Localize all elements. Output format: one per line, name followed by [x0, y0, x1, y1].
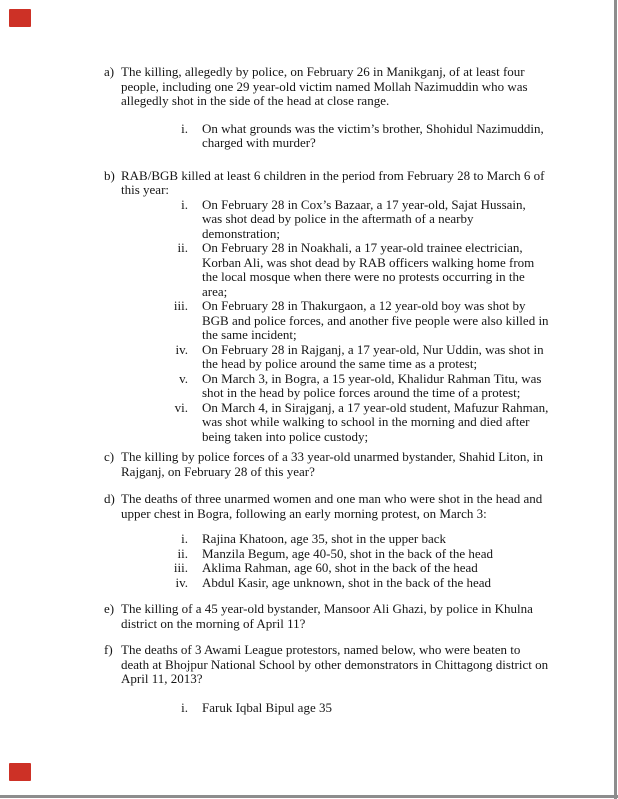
item-label: b) [104, 169, 115, 184]
text-line: RAB/BGB killed at least 6 children in th… [121, 169, 528, 184]
text-line: On February 28 in Rajganj, a 17 year-old… [202, 343, 544, 358]
roman-numeral: ii. [104, 241, 188, 256]
text-line: Aklima Rahman, age 60, shot in the back … [202, 561, 478, 576]
item-label: a) [104, 65, 114, 80]
document-page: a) The killing, allegedly by police, on … [0, 0, 618, 799]
sub-question-list-f: i. Faruk Iqbal Bipul age 35 [104, 701, 528, 716]
text-line: Korban Ali, was shot dead by RAB officer… [202, 256, 534, 271]
question-item-e: e) The killing of a 45 year-old bystande… [104, 602, 528, 631]
sub-question-item: v. On March 3, in Bogra, a 15 year-old, … [104, 372, 528, 401]
text-line: was shot dead by police in the aftermath… [202, 212, 526, 227]
text-line: On February 28 in Noakhali, a 17 year-ol… [202, 241, 534, 256]
text-line: The deaths of 3 Awami League protestors,… [121, 643, 528, 658]
page-right-edge-line [614, 0, 617, 799]
text-line: district on the morning of April 11? [121, 617, 528, 632]
item-label: d) [104, 492, 115, 507]
text-line: Rajganj, on February 28 of this year? [121, 465, 528, 480]
roman-numeral: iii. [104, 561, 188, 576]
sub-question-item: iv. On February 28 in Rajganj, a 17 year… [104, 343, 528, 372]
text-line: Manzila Begum, age 40-50, shot in the ba… [202, 547, 493, 562]
red-stamp-top-left [9, 9, 31, 27]
text-line: The killing, allegedly by police, on Feb… [121, 65, 528, 80]
sub-question-list-a: i. On what grounds was the victim’s brot… [104, 122, 528, 151]
text-line: shot in the head by police forces around… [202, 386, 542, 401]
question-item-d: d) The deaths of three unarmed women and… [104, 492, 528, 521]
item-label: f) [104, 643, 113, 658]
text-line: On what grounds was the victim’s brother… [202, 122, 544, 137]
question-item-f: f) The deaths of 3 Awami League protesto… [104, 643, 528, 687]
sub-question-item: ii. Manzila Begum, age 40-50, shot in th… [104, 547, 528, 562]
roman-numeral: v. [104, 372, 188, 387]
page-bottom-edge-line [0, 795, 618, 798]
text-line: On February 28 in Thakurgaon, a 12 year-… [202, 299, 549, 314]
text-line: Abdul Kasir, age unknown, shot in the ba… [202, 576, 491, 591]
roman-numeral: vi. [104, 401, 188, 416]
sub-question-item: i. Faruk Iqbal Bipul age 35 [104, 701, 528, 716]
text-line: the head by police around the same time … [202, 357, 544, 372]
roman-numeral: i. [104, 198, 188, 213]
question-item-a: a) The killing, allegedly by police, on … [104, 65, 528, 109]
question-item-b: b) RAB/BGB killed at least 6 children in… [104, 169, 528, 198]
text-line: the local mosque when there were no prot… [202, 270, 534, 285]
sub-question-item: i. On February 28 in Cox’s Bazaar, a 17 … [104, 198, 528, 242]
sub-question-list-d: i. Rajina Khatoon, age 35, shot in the u… [104, 532, 528, 590]
roman-numeral: ii. [104, 547, 188, 562]
text-line: area; [202, 285, 534, 300]
text-line: The deaths of three unarmed women and on… [121, 492, 528, 507]
text-line: charged with murder? [202, 136, 544, 151]
sub-question-item: i. On what grounds was the victim’s brot… [104, 122, 528, 151]
text-line: April 11, 2013? [121, 672, 528, 687]
roman-numeral: iv. [104, 343, 188, 358]
text-line: death at Bhojpur National School by othe… [121, 658, 528, 673]
roman-numeral: iii. [104, 299, 188, 314]
text-line: demonstration; [202, 227, 526, 242]
text-line: was shot while walking to school in the … [202, 415, 548, 430]
text-line: the same incident; [202, 328, 549, 343]
text-line: On March 4, in Sirajganj, a 17 year-old … [202, 401, 548, 416]
sub-question-item: iv. Abdul Kasir, age unknown, shot in th… [104, 576, 528, 591]
sub-question-item: vi. On March 4, in Sirajganj, a 17 year-… [104, 401, 528, 445]
text-line: upper chest in Bogra, following an early… [121, 507, 528, 522]
roman-numeral: i. [104, 532, 188, 547]
text-line: allegedly shot in the side of the head a… [121, 94, 528, 109]
text-line: On February 28 in Cox’s Bazaar, a 17 yea… [202, 198, 526, 213]
text-line: Rajina Khatoon, age 35, shot in the uppe… [202, 532, 446, 547]
text-line: Faruk Iqbal Bipul age 35 [202, 701, 332, 716]
item-label: e) [104, 602, 114, 617]
text-line: being taken into police custody; [202, 430, 548, 445]
roman-numeral: iv. [104, 576, 188, 591]
sub-question-item: iii. On February 28 in Thakurgaon, a 12 … [104, 299, 528, 343]
question-list: a) The killing, allegedly by police, on … [104, 65, 528, 715]
text-line: The killing by police forces of a 33 yea… [121, 450, 528, 465]
roman-numeral: i. [104, 701, 188, 716]
sub-question-item: iii. Aklima Rahman, age 60, shot in the … [104, 561, 528, 576]
text-line: this year: [121, 183, 528, 198]
text-line: On March 3, in Bogra, a 15 year-old, Kha… [202, 372, 542, 387]
text-line: BGB and police forces, and another five … [202, 314, 549, 329]
sub-question-item: i. Rajina Khatoon, age 35, shot in the u… [104, 532, 528, 547]
item-label: c) [104, 450, 114, 465]
question-item-c: c) The killing by police forces of a 33 … [104, 450, 528, 479]
roman-numeral: i. [104, 122, 188, 137]
red-stamp-bottom-left [9, 763, 31, 781]
text-line: The killing of a 45 year-old bystander, … [121, 602, 528, 617]
text-line: people, including one 29 year-old victim… [121, 80, 528, 95]
sub-question-list-b: i. On February 28 in Cox’s Bazaar, a 17 … [104, 198, 528, 445]
sub-question-item: ii. On February 28 in Noakhali, a 17 yea… [104, 241, 528, 299]
